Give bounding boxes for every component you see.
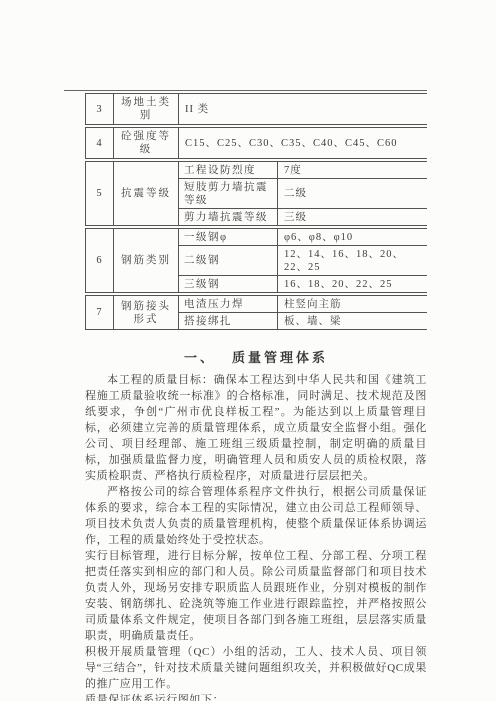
sub-name-cell: 二级钢 [179,246,278,275]
row-number-cell: 6 [86,229,114,292]
sub-name-cell: 剪力墙抗震等级 [179,209,278,225]
project-parameters-table: 3 场地土类别 II 类 4 砼强度等级 C15、C25、C30、C35、C40… [85,93,427,330]
body-paragraph: 积极开展质量管理（QC）小组的活动，工人、技术人员、项目领导“三结合”，针对技术… [85,644,427,692]
sub-name-cell: 搭接绑扎 [179,313,278,329]
row-number-cell: 4 [86,128,114,158]
sub-value-cell: φ6、φ8、φ10 [278,229,427,245]
table-row: 4 砼强度等级 C15、C25、C30、C35、C40、C45、C60 [85,127,427,159]
table-subrow: 搭接绑扎 板、墙、梁 [179,313,427,329]
row-label-cell: 砼强度等级 [114,128,179,158]
table-row: 6 钢筋类别 一级钢φ φ6、φ8、φ10 二级钢 12、14、16、18、20… [85,228,427,293]
row-label-cell: 钢筋接头形式 [114,296,179,329]
table-subrow: 二级钢 12、14、16、18、20、22、25 [179,246,427,276]
sub-value-cell: 7度 [278,162,427,178]
table-row: 7 钢筋接头形式 电渣压力焊 柱竖向主筋 搭接绑扎 板、墙、梁 [85,295,427,330]
document-page: 3 场地土类别 II 类 4 砼强度等级 C15、C25、C30、C35、C40… [0,0,496,701]
sub-value-cell: 二级 [278,179,427,208]
sub-name-cell: 电渣压力焊 [179,296,278,312]
table-subrow: 短肢剪力墙抗震等级 二级 [179,179,427,209]
table-subrow: 电渣压力焊 柱竖向主筋 [179,296,427,313]
table-top-rule [64,90,427,91]
table-row: 3 场地土类别 II 类 [85,93,427,125]
table-row: 5 抗震等级 工程设防烈度 7度 短肢剪力墙抗震等级 二级 剪力墙抗震等级 三级 [85,161,427,226]
row-label-cell: 场地土类别 [114,94,179,124]
table-subrow: II 类 [179,94,427,124]
table-subrow: 工程设防烈度 7度 [179,162,427,179]
row-label-cell: 抗震等级 [114,162,179,225]
body-paragraph: 本工程的质量目标：确保本工程达到中华人民共和国《建筑工程施工质量验收统一标准》的… [85,372,427,484]
body-paragraph: 实行目标管理，进行目标分解，按单位工程、分部工程、分项工程把责任落实到相应的部门… [85,548,427,644]
sub-name-cell: 短肢剪力墙抗震等级 [179,179,278,208]
page-content: 3 场地土类别 II 类 4 砼强度等级 C15、C25、C30、C35、C40… [85,93,427,701]
table-subrow: 剪力墙抗震等级 三级 [179,209,427,225]
row-number-cell: 5 [86,162,114,225]
row-label-cell: 钢筋类别 [114,229,179,292]
body-text: 本工程的质量目标：确保本工程达到中华人民共和国《建筑工程施工质量验收统一标准》的… [85,372,427,701]
sub-name-cell: 三级钢 [179,276,278,292]
body-paragraph: 严格按公司的综合管理体系程序文件执行，根据公司质量保证体系的要求，综合本工程的实… [85,484,427,548]
sub-value-cell: 板、墙、梁 [278,313,427,329]
sub-name-cell: 一级钢φ [179,229,278,245]
section-number: 一、 [184,347,216,366]
sub-value-cell: 柱竖向主筋 [278,296,427,312]
row-number-cell: 7 [86,296,114,329]
sub-value-cell: 三级 [278,209,427,225]
sub-value-cell: 12、14、16、18、20、22、25 [278,246,427,275]
section-heading: 一、质量管理体系 [85,347,427,366]
table-subrow: C15、C25、C30、C35、C40、C45、C60 [179,128,427,158]
sub-name-cell: 工程设防烈度 [179,162,278,178]
row-number-cell: 3 [86,94,114,124]
section-title: 质量管理体系 [232,350,328,365]
row-value-cell: C15、C25、C30、C35、C40、C45、C60 [179,128,427,158]
table-subrow: 三级钢 16、18、20、22、25 [179,276,427,292]
table-subrow: 一级钢φ φ6、φ8、φ10 [179,229,427,246]
sub-value-cell: 16、18、20、22、25 [278,276,427,292]
body-paragraph: 质量保证体系运行图如下： [85,692,427,701]
row-value-cell: II 类 [179,94,427,124]
